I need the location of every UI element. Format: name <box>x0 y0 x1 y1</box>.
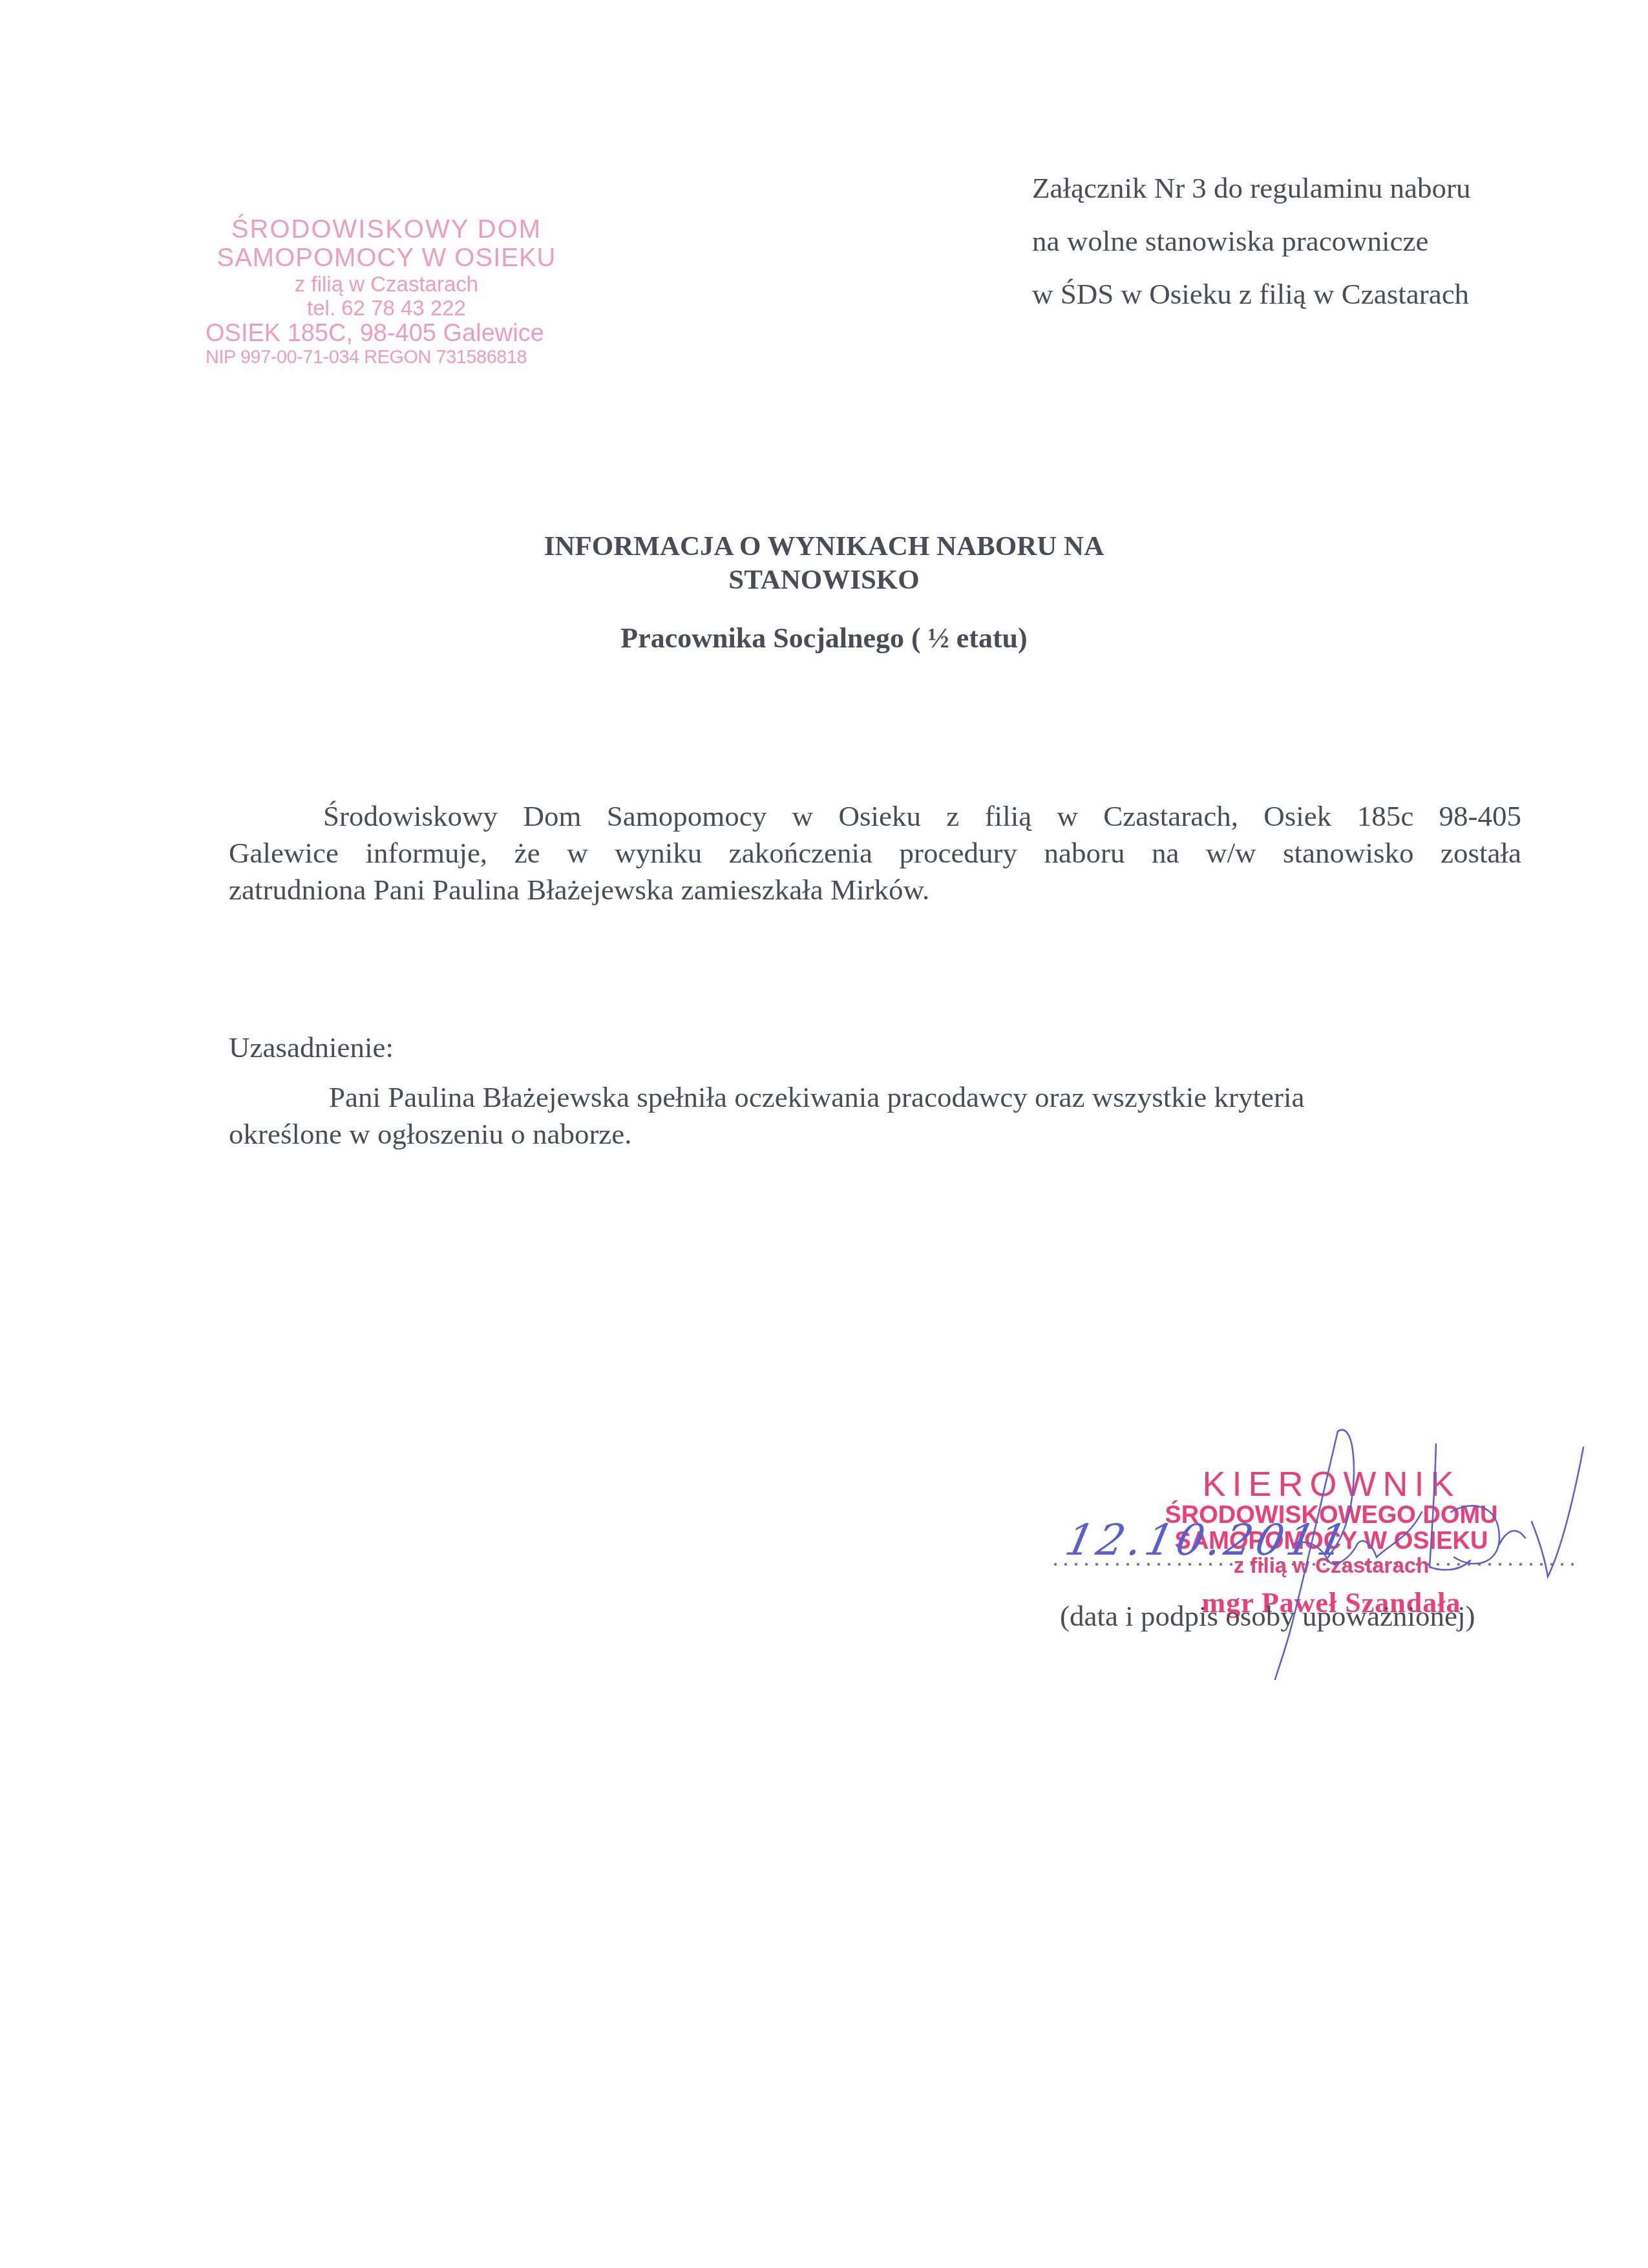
stamp-line: OSIEK 185C, 98-405 Galewice <box>206 321 567 346</box>
signature-caption: (data i podpis osoby upoważnionej) <box>1060 1599 1475 1633</box>
document-page: ŚRODOWISKOWY DOM SAMOPOMOCY W OSIEKU z f… <box>0 0 1648 2268</box>
document-title: INFORMACJA O WYNIKACH NABORU NA STANOWIS… <box>0 530 1648 597</box>
annex-line: w ŚDS w Osieku z filią w Czastarach <box>1032 268 1471 320</box>
stamp-line: SAMOPOMOCY W OSIEKU <box>206 245 567 271</box>
stamp-line: ŚRODOWISKOWY DOM <box>206 216 567 242</box>
handwritten-signature-icon <box>1196 1409 1635 1680</box>
annex-line: Załącznik Nr 3 do regulaminu naboru <box>1032 162 1471 215</box>
title-line: INFORMACJA O WYNIKACH NABORU NA <box>0 530 1648 563</box>
annex-line: na wolne stanowiska pracownicze <box>1032 215 1471 268</box>
body-line: Środowiskowy Dom Samopomocy w Osieku z f… <box>323 800 1521 832</box>
document-subtitle: Pracownika Socjalnego ( ½ etatu) <box>0 622 1648 655</box>
title-line: STANOWISKO <box>0 563 1648 597</box>
justification-line-wrapper: Pani Paulina Błażejewska spełniła oczeki… <box>229 1079 1457 1116</box>
annex-note: Załącznik Nr 3 do regulaminu naboru na w… <box>1032 162 1471 320</box>
stamp-line: z filią w Czastarach <box>206 273 567 295</box>
body-paragraph: Środowiskowy Dom Samopomocy w Osieku z f… <box>229 798 1521 908</box>
justification-line: Pani Paulina Błażejewska spełniła oczeki… <box>329 1081 1304 1113</box>
organization-stamp: ŚRODOWISKOWY DOM SAMOPOMOCY W OSIEKU z f… <box>206 216 567 370</box>
stamp-line: tel. 62 78 43 222 <box>206 297 567 319</box>
body-line: Galewice informuje, że w wyniku zakończe… <box>229 835 1521 872</box>
justification-label: Uzasadnienie: <box>229 1031 394 1064</box>
justification-paragraph: Pani Paulina Błażejewska spełniła oczeki… <box>229 1079 1457 1153</box>
stamp-line: NIP 997-00-71-034 REGON 731586818 <box>206 348 567 367</box>
justification-line: określone w ogłoszeniu o naborze. <box>229 1116 1457 1153</box>
body-line: zatrudniona Pani Paulina Błażejewska zam… <box>229 872 1521 908</box>
body-line-wrapper: Środowiskowy Dom Samopomocy w Osieku z f… <box>229 798 1521 835</box>
